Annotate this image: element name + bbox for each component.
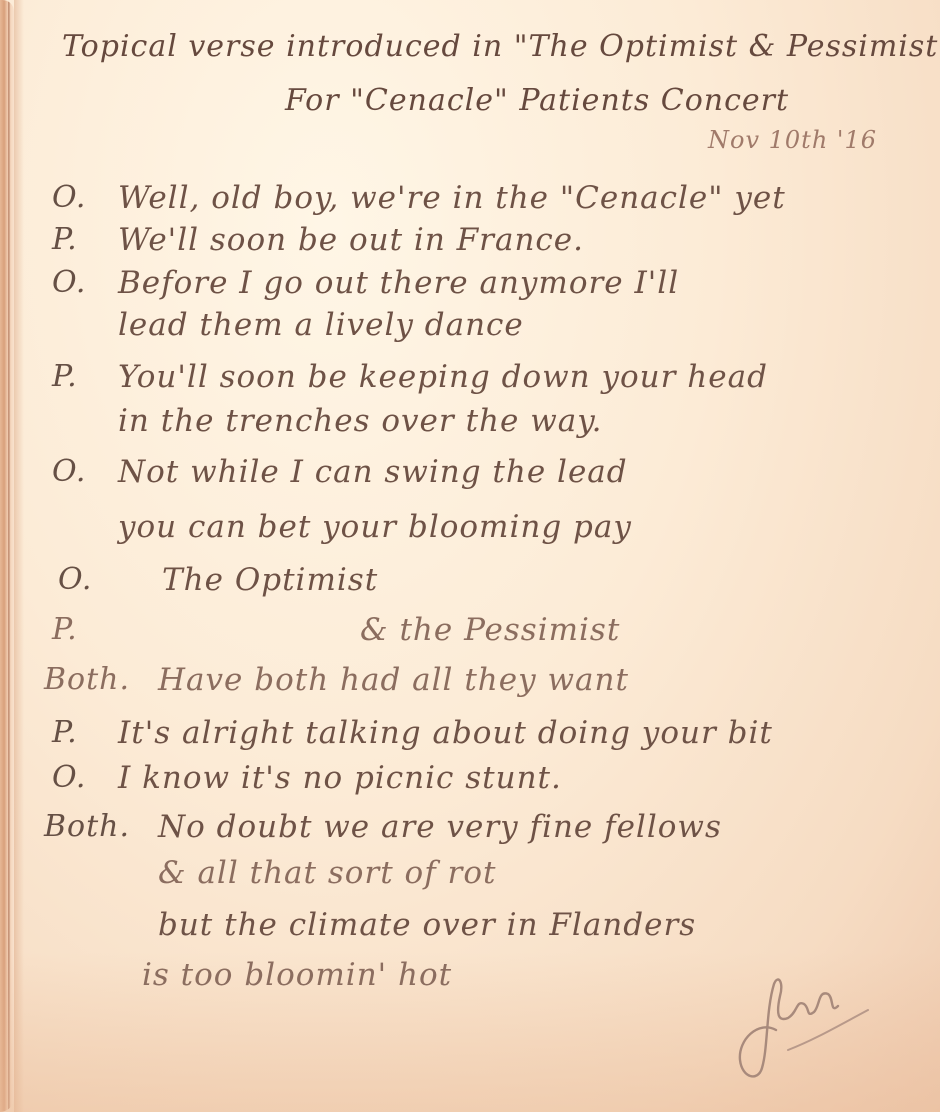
speaker-label: P.: [52, 225, 78, 255]
speaker-label: O.: [58, 565, 92, 595]
verse-line: It's alright talking about doing your bi…: [118, 718, 773, 749]
page-edge-shadow: [14, 0, 24, 1112]
verse-line: Before I go out there anymore I'll: [118, 268, 679, 299]
heading-date: Nov 10th '16: [708, 128, 877, 152]
verse-line: Well, old boy, we're in the "Cenacle" ye…: [118, 183, 786, 214]
verse-line: you can bet your blooming pay: [118, 512, 632, 543]
verse-line: No doubt we are very fine fellows: [158, 812, 722, 843]
verse-line: in the trenches over the way.: [118, 406, 602, 437]
heading-line-2: For "Cenacle" Patients Concert: [285, 86, 789, 116]
speaker-label: O.: [52, 183, 86, 213]
verse-line: but the climate over in Flanders: [158, 910, 696, 941]
verse-line: & the Pessimist: [360, 615, 620, 646]
speaker-label: P.: [52, 718, 78, 748]
speaker-label: O.: [52, 457, 86, 487]
speaker-label: P.: [52, 615, 78, 645]
verse-line: We'll soon be out in France.: [118, 225, 584, 256]
verse-line: & all that sort of rot: [158, 858, 496, 889]
verse-line: is too bloomin' hot: [142, 960, 452, 991]
speaker-label: O.: [52, 268, 86, 298]
manuscript-page: Topical verse introduced in "The Optimis…: [0, 0, 940, 1112]
verse-line: The Optimist: [162, 565, 378, 596]
speaker-label: O.: [52, 763, 86, 793]
verse-line: lead them a lively dance: [118, 310, 524, 341]
verse-line: I know it's no picnic stunt.: [118, 763, 562, 794]
heading-line-1: Topical verse introduced in "The Optimis…: [62, 32, 940, 62]
book-page-edge: [0, 0, 14, 1112]
verse-line: Have both had all they want: [158, 665, 629, 696]
speaker-label: Both.: [44, 665, 130, 695]
speaker-label: Both.: [44, 812, 130, 842]
verse-line: You'll soon be keeping down your head: [118, 362, 768, 393]
verse-line: Not while I can swing the lead: [118, 457, 628, 488]
speaker-label: P.: [52, 362, 78, 392]
signature-mark: [718, 960, 888, 1090]
